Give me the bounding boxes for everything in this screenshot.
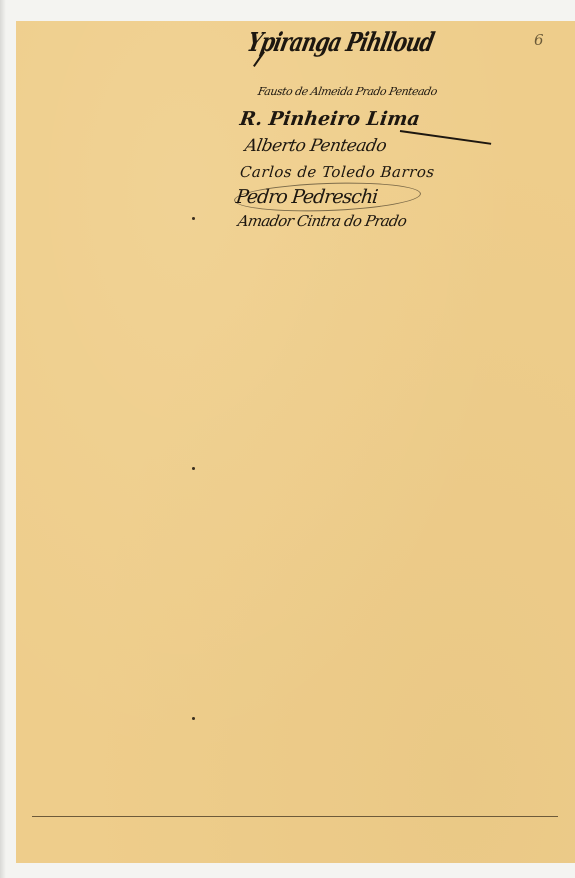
- signature-1: Ypiranga Pihlloud: [245, 26, 437, 57]
- signature-7: Amador Cintra do Prado: [236, 212, 407, 230]
- signature-5: Carlos de Toledo Barros: [239, 163, 435, 181]
- signature-4: Alberto Penteado: [243, 136, 388, 156]
- punch-mark: [192, 467, 195, 470]
- signature-3: R. Pinheiro Lima: [238, 108, 421, 130]
- punch-mark: [192, 217, 195, 220]
- horizontal-rule: [32, 816, 558, 817]
- page-number: 6: [534, 31, 544, 49]
- signature-6: Pedro Pedreschi: [235, 186, 379, 208]
- scan-edge-shadow: [0, 0, 6, 878]
- signature-2: Fausto de Almeida Prado Penteado: [257, 85, 438, 98]
- punch-mark: [192, 717, 195, 720]
